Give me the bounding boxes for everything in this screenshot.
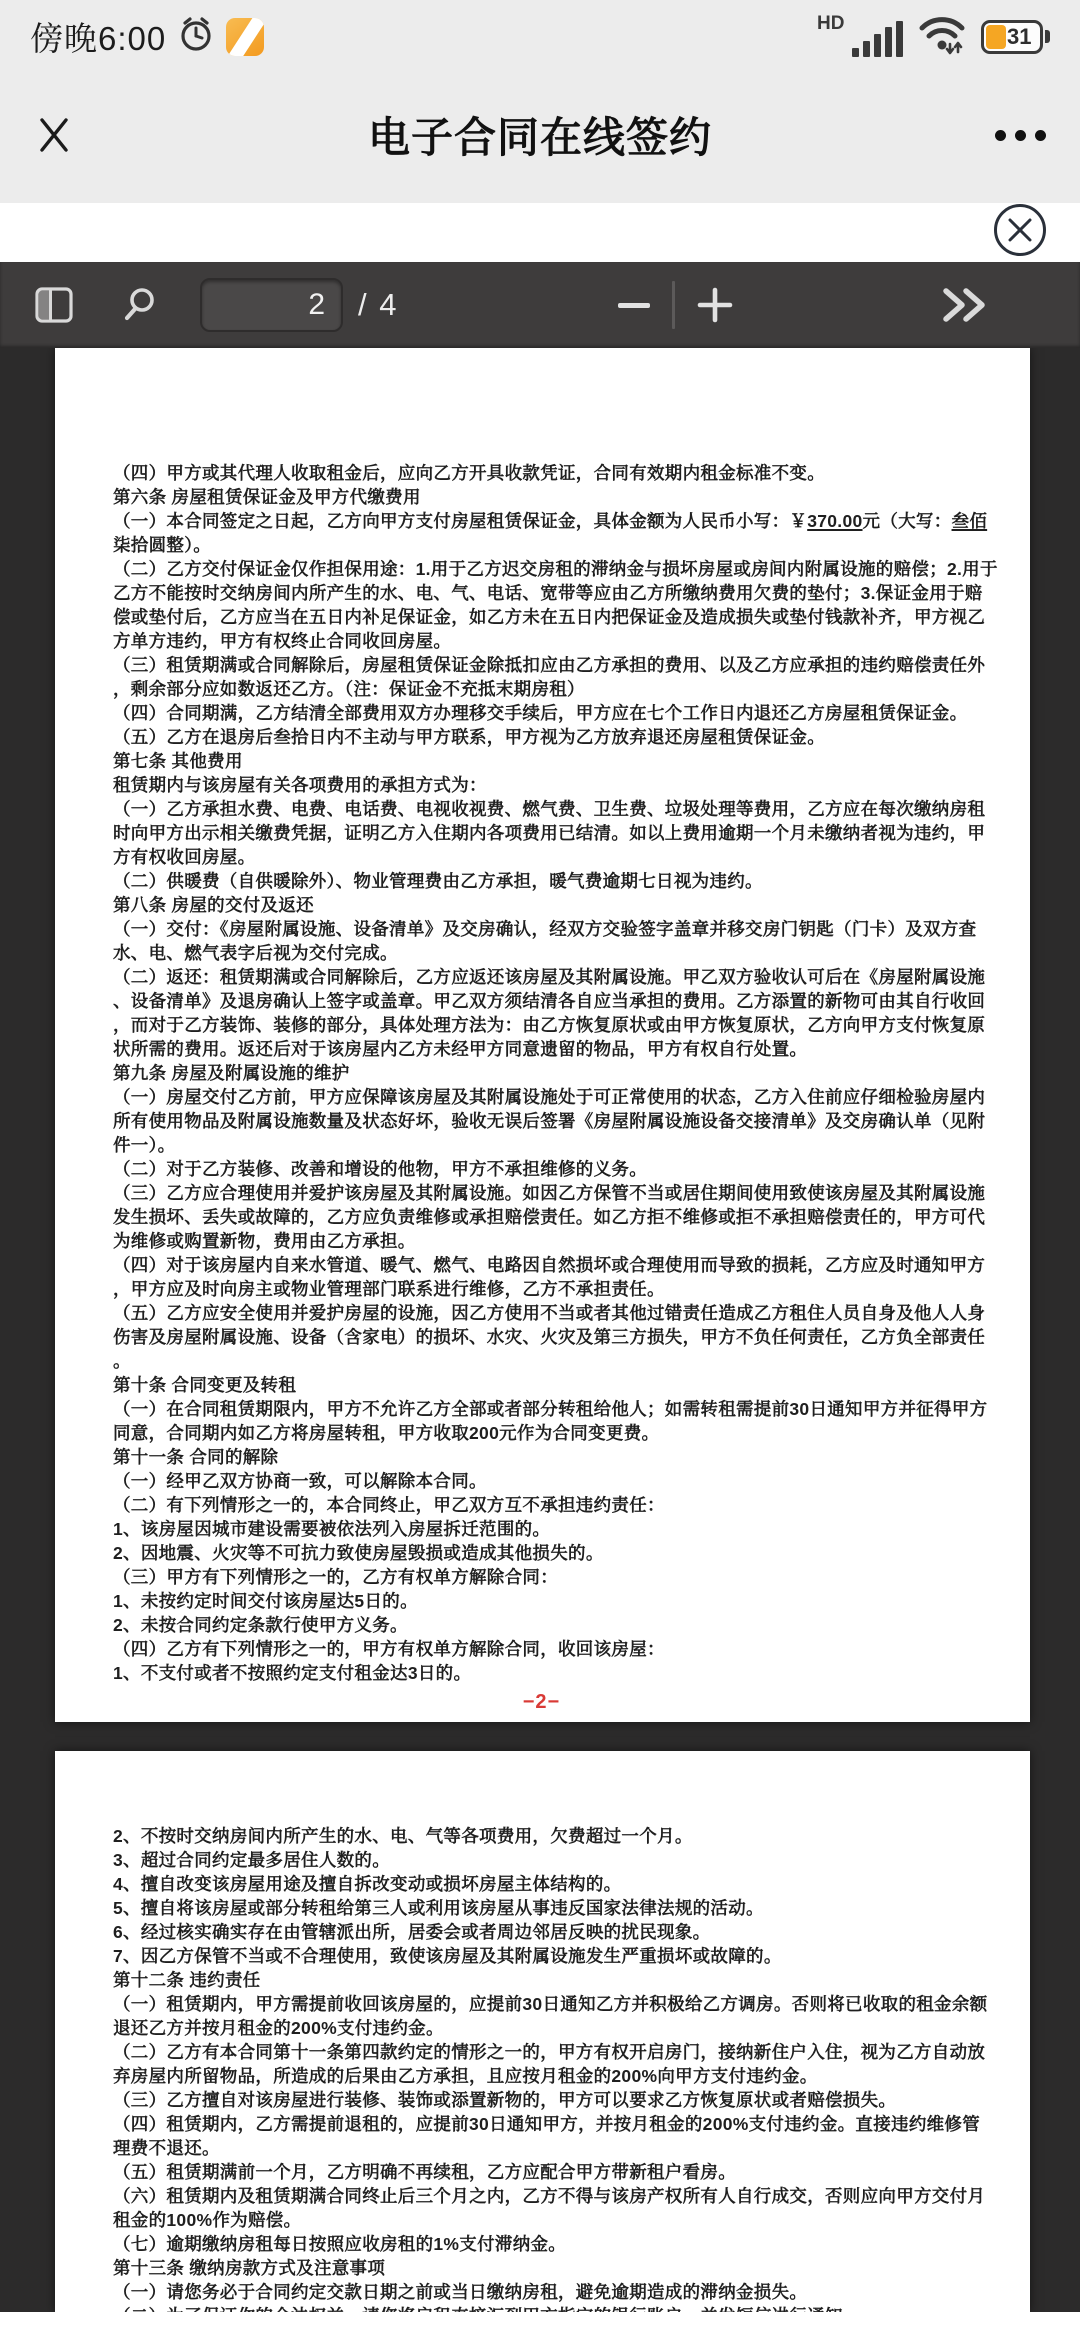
zoom-out-button[interactable] bbox=[612, 283, 656, 327]
zoom-in-button[interactable] bbox=[692, 282, 738, 328]
contract-text-line: ，剩余部分应如数返还乙方。（注：保证金不充抵末期房租） bbox=[113, 677, 970, 701]
contract-text-line: 租金的100%作为赔偿。 bbox=[113, 2208, 970, 2232]
contract-text-line: （一）本合同签定之日起，乙方向甲方支付房屋租赁保证金，具体金额为人民币小写：￥3… bbox=[113, 509, 970, 533]
contract-text-line: ，甲方应及时向房主或物业管理部门联系进行维修，乙方不承担责任。 bbox=[113, 1277, 970, 1301]
contract-text-line: （五）乙方应安全使用并爱护房屋的设施，因乙方使用不当或者其他过错责任造成乙方租住… bbox=[113, 1301, 970, 1325]
clock-time: 傍晚6:00 bbox=[30, 13, 166, 60]
contract-text-line: 发生损坏、丢失或故障的，乙方应负责维修或承担赔偿责任。如乙方拒不维修或拒不承担赔… bbox=[113, 1205, 970, 1229]
contract-text-line: 柒拾圆整）。 bbox=[113, 533, 970, 557]
contract-text-line: 3、超过合同约定最多居住人数的。 bbox=[113, 1848, 970, 1872]
contract-text-line: 5、擅自将该房屋或部分转租给第三人或利用该房屋从事违反国家法律法规的活动。 bbox=[113, 1896, 970, 1920]
contract-text-line: （四）甲方或其代理人收取租金后，应向乙方开具收款凭证，合同有效期内租金标准不变。 bbox=[113, 461, 970, 485]
contract-text-line: 2、因地震、火灾等不可抗力致使房屋毁损或造成其他损失的。 bbox=[113, 1541, 970, 1565]
contract-text-line: 2、未按合同约定条款行使甲方义务。 bbox=[113, 1613, 970, 1637]
contract-text-line: （一）经甲乙双方协商一致，可以解除本合同。 bbox=[113, 1469, 970, 1493]
contract-text-line: 弃房屋内所留物品，所造成的后果由乙方承担，且应按月租金的200%向甲方支付违约金… bbox=[113, 2064, 970, 2088]
more-tools-icon bbox=[938, 285, 990, 325]
contract-text-line: 1、不支付或者不按照约定支付租金达3日的。 bbox=[113, 1661, 970, 1685]
contract-text-block: （四）甲方或其代理人收取租金后，应向乙方开具收款凭证，合同有效期内租金标准不变。… bbox=[113, 461, 970, 1685]
contract-text-line: （一）在合同租赁期限内，甲方不允许乙方全部或者部分转租给他人；如需转租需提前30… bbox=[113, 1397, 970, 1421]
page-number-footer: −2− bbox=[113, 1691, 970, 1714]
contract-text-line: 伤害及房屋附属设施、设备（含家电）的损坏、水灾、火灾及第三方损失，甲方不负任何责… bbox=[113, 1325, 970, 1349]
dismiss-overlay-icon bbox=[1005, 215, 1035, 245]
contract-text-line: 为维修或购置新物，费用由乙方承担。 bbox=[113, 1229, 970, 1253]
contract-text-line: 第六条 房屋租赁保证金及甲方代缴费用 bbox=[113, 485, 970, 509]
contract-text-block: 2、不按时交纳房间内所产生的水、电、气等各项费用，欠费超过一个月。3、超过合同约… bbox=[113, 1824, 970, 2312]
battery-icon: 31 bbox=[981, 20, 1050, 54]
contract-text-line: 乙方不能按时交纳房间内所产生的水、电、气、电话、宽带等应由乙方所缴纳费用欠费的垫… bbox=[113, 581, 970, 605]
contract-text-line: （三）乙方擅自对该房屋进行装修、装饰或添置新物的，甲方可以要求乙方恢复原状或者赔… bbox=[113, 2088, 970, 2112]
contract-text-line: 件一）。 bbox=[113, 1133, 970, 1157]
contract-text-line: 、设备清单》及退房确认上签字或盖章。甲乙双方须结清各自应当承担的费用。乙方添置的… bbox=[113, 989, 970, 1013]
dismiss-overlay-button[interactable] bbox=[994, 204, 1046, 256]
contract-text-line: 第十二条 违约责任 bbox=[113, 1968, 970, 1992]
contract-text-line: （四）乙方有下列情形之一的，甲方有权单方解除合同，收回该房屋： bbox=[113, 1637, 970, 1661]
more-tools-button[interactable] bbox=[938, 285, 990, 325]
contract-text-line: （一）房屋交付乙方前，甲方应保障该房屋及其附属设施处于可正常使用的状态，乙方入住… bbox=[113, 1085, 970, 1109]
pdf-toolbar: / 4 bbox=[0, 262, 1080, 348]
contract-text-line: （二）有下列情形之一的，本合同终止，甲乙双方互不承担违约责任： bbox=[113, 1493, 970, 1517]
contract-text-line: （二）为了保证你的合法权益，请您将房租直接汇到甲方指定的银行账户，并发短信进行通… bbox=[113, 2304, 970, 2312]
contract-text-line: （三）甲方有下列情形之一的，乙方有权单方解除合同： bbox=[113, 1565, 970, 1589]
contract-text-line: （一）租赁期内，甲方需提前收回该房屋的，应提前30日通知乙方并积极给乙方调房。否… bbox=[113, 1992, 970, 2016]
contract-text-line: （四）对于该房屋内自来水管道、暖气、燃气、电路因自然损坏或合理使用而导致的损耗，… bbox=[113, 1253, 970, 1277]
contract-text-line: 时向甲方出示相关缴费凭据，证明乙方入住期内各项费用已结清。如以上费用逾期一个月未… bbox=[113, 821, 970, 845]
contract-text-line: （二）供暖费（自供暖除外）、物业管理费由乙方承担，暖气费逾期七日视为违约。 bbox=[113, 869, 970, 893]
alarm-icon bbox=[178, 14, 214, 59]
contract-text-line: （二）乙方交付保证金仅作担保用途：1.用于乙方迟交房租的滞纳金与损坏房屋或房间内… bbox=[113, 557, 970, 581]
search-icon bbox=[122, 284, 164, 326]
sidebar-toggle-button[interactable] bbox=[33, 284, 75, 326]
nav-bar: 电子合同在线签约 bbox=[0, 67, 1080, 203]
contract-text-line: 1、该房屋因城市建设需要被依法列入房屋拆迁范围的。 bbox=[113, 1517, 970, 1541]
signal-strength-icon: HD bbox=[817, 15, 903, 59]
toolbar-divider bbox=[672, 281, 675, 329]
sidebar-toggle-icon bbox=[33, 284, 75, 326]
contract-text-line: 第七条 其他费用 bbox=[113, 749, 970, 773]
contract-text-line: 状所需的费用。返还后对于该房屋内乙方未经甲方同意遗留的物品，甲方有权自行处置。 bbox=[113, 1037, 970, 1061]
bottom-strip bbox=[0, 2312, 1080, 2340]
contract-text-line: （三）乙方应合理使用并爱护该房屋及其附属设施。如因乙方保管不当或居住期间使用致使… bbox=[113, 1181, 970, 1205]
contract-text-line: （五）乙方在退房后叁拾日内不主动与甲方联系，甲方视为乙方放弃退还房屋租赁保证金。 bbox=[113, 725, 970, 749]
more-options-button[interactable] bbox=[995, 111, 1046, 159]
contract-text-line: 同意，合同期内如乙方将房屋转租，甲方收取200元作为合同变更费。 bbox=[113, 1421, 970, 1445]
contract-text-line: 方单方违约，甲方有权终止合同收回房屋。 bbox=[113, 629, 970, 653]
page-title: 电子合同在线签约 bbox=[0, 105, 1080, 165]
contract-text-line: 偿或垫付后，乙方应当在五日内补足保证金，如乙方未在五日内把保证金及造成损失或垫付… bbox=[113, 605, 970, 629]
contract-text-line: （二）对于乙方装修、改善和增设的他物，甲方不承担维修的义务。 bbox=[113, 1157, 970, 1181]
contract-text-line: （七）逾期缴纳房租每日按照应收房租的1%支付滞纳金。 bbox=[113, 2232, 970, 2256]
contract-text-line: 7、因乙方保管不当或不合理使用，致使该房屋及其附属设施发生严重损坏或故障的。 bbox=[113, 1944, 970, 1968]
contract-text-line: 第十一条 合同的解除 bbox=[113, 1445, 970, 1469]
contract-text-line: 水、电、燃气表字后视为交付完成。 bbox=[113, 941, 970, 965]
pdf-page-3: 2、不按时交纳房间内所产生的水、电、气等各项费用，欠费超过一个月。3、超过合同约… bbox=[55, 1751, 1030, 2312]
contract-text-line: （一）交付：《房屋附属设施、设备清单》及交房确认，经双方交验签字盖章并移交房门钥… bbox=[113, 917, 970, 941]
more-options-icon bbox=[995, 130, 1006, 141]
contract-text-line: （一）乙方承担水费、电费、电话费、电视收视费、燃气费、卫生费、垃圾处理等费用，乙… bbox=[113, 797, 970, 821]
contract-text-line: 6、经过核实确实存在由管辖派出所，居委会或者周边邻居反映的扰民现象。 bbox=[113, 1920, 970, 1944]
pdf-page-2: （四）甲方或其代理人收取租金后，应向乙方开具收款凭证，合同有效期内租金标准不变。… bbox=[55, 348, 1030, 1722]
zoom-out-icon bbox=[618, 303, 650, 308]
contract-text-line: 第十条 合同变更及转租 bbox=[113, 1373, 970, 1397]
page-number-input[interactable] bbox=[200, 278, 343, 332]
contract-text-line: 4、擅自改变该房屋用途及擅自拆改变动或损坏房屋主体结构的。 bbox=[113, 1872, 970, 1896]
contract-text-line: （一）请您务必于合同约定交款日期之前或当日缴纳房租，避免逾期造成的滞纳金损失。 bbox=[113, 2280, 970, 2304]
contract-text-line: 。 bbox=[113, 1349, 970, 1373]
overlay-top-strip bbox=[0, 203, 1080, 262]
search-button[interactable] bbox=[122, 284, 164, 326]
contract-text-line: （五）租赁期满前一个月，乙方明确不再续租，乙方应配合甲方带新租户看房。 bbox=[113, 2160, 970, 2184]
contract-text-line: 2、不按时交纳房间内所产生的水、电、气等各项费用，欠费超过一个月。 bbox=[113, 1824, 970, 1848]
pdf-viewer[interactable]: （四）甲方或其代理人收取租金后，应向乙方开具收款凭证，合同有效期内租金标准不变。… bbox=[0, 348, 1080, 2312]
contract-text-line: （二）乙方有本合同第十一条第四款约定的情形之一的，甲方有权开启房门，接纳新住户入… bbox=[113, 2040, 970, 2064]
contract-text-line: （六）租赁期内及租赁期满合同终止后三个月之内，乙方不得与该房产权所有人自行成交，… bbox=[113, 2184, 970, 2208]
contract-text-line: （四）合同期满，乙方结清全部费用双方办理移交手续后，甲方应在七个工作日内退还乙方… bbox=[113, 701, 970, 725]
contract-text-line: 第八条 房屋的交付及返还 bbox=[113, 893, 970, 917]
contract-text-line: 租赁期内与该房屋有关各项费用的承担方式为： bbox=[113, 773, 970, 797]
battery-fill bbox=[986, 25, 1006, 49]
notes-app-icon bbox=[226, 18, 264, 56]
contract-text-line: 第九条 房屋及附属设施的维护 bbox=[113, 1061, 970, 1085]
contract-text-line: （三）租赁期满或合同解除后，房屋租赁保证金除抵扣应由乙方承担的费用、以及乙方应承… bbox=[113, 653, 970, 677]
contract-text-line: （四）租赁期内，乙方需提前退租的，应提前30日通知甲方，并按月租金的200%支付… bbox=[113, 2112, 970, 2136]
contract-text-line: ，而对于乙方装饰、装修的部分，具体处理方法为：由乙方恢复原状或由甲方恢复原状，乙… bbox=[113, 1013, 970, 1037]
contract-text-line: 1、未按约定时间交付该房屋达5日的。 bbox=[113, 1589, 970, 1613]
hd-indicator: HD bbox=[817, 13, 844, 35]
contract-text-line: 方有权收回房屋。 bbox=[113, 845, 970, 869]
page-total-label: / 4 bbox=[358, 287, 398, 323]
contract-text-line: 所有使用物品及附属设施数量及状态好坏，验收无误后签署《房屋附属设施设备交接清单》… bbox=[113, 1109, 970, 1133]
contract-text-line: 退还乙方并按月租金的200%支付违约金。 bbox=[113, 2016, 970, 2040]
contract-text-line: 理费不退还。 bbox=[113, 2136, 970, 2160]
wifi-icon bbox=[917, 12, 967, 61]
battery-percent: 31 bbox=[1007, 24, 1031, 50]
contract-text-line: 第十三条 缴纳房款方式及注意事项 bbox=[113, 2256, 970, 2280]
status-bar: 傍晚6:00 HD bbox=[0, 0, 1080, 67]
contract-text-line: （二）返还：租赁期满或合同解除后，乙方应返还该房屋及其附属设施。甲乙双方验收认可… bbox=[113, 965, 970, 989]
zoom-in-icon bbox=[695, 285, 735, 325]
